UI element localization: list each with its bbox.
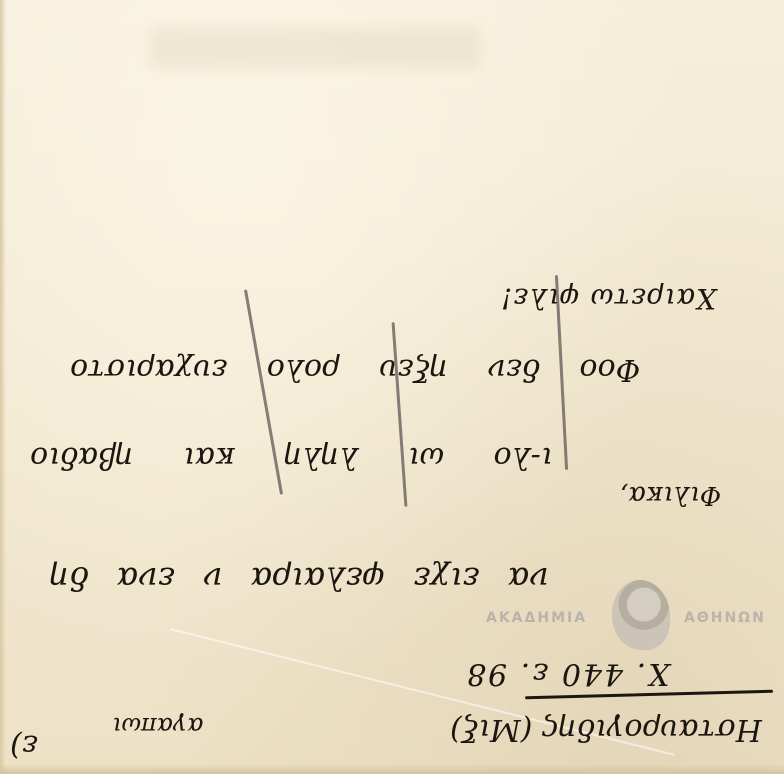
handwritten-line: Χαιρετω φιλε! [500,282,716,315]
watermark-left-text: ΑΚΑΔΗΜΙΑ [486,610,587,626]
handwritten-line: ι-λο ωι ληλη και ηβαδιο [30,440,552,475]
athena-head-icon [612,580,670,650]
paper-edge-left [0,0,6,774]
paper-edge-bottom [0,764,784,774]
bleed-through-stain [150,28,480,68]
watermark-right-text: ΑΘΗΝΩΝ [684,610,766,626]
handwritten-line: Φιλικα, [620,480,721,510]
handwritten-number: ε) [10,728,38,763]
handwritten-line: να ειχε φελαιρα ν ενα δη [50,560,549,598]
pencil-stroke [392,322,408,507]
handwritten-line: Φοο δεν ηξευ ρολο ευχαριστο [70,352,640,387]
handwritten-date: Χ. 440 ε. 98 [465,656,670,691]
handwritten-aside: αγαπωι [112,712,204,740]
manuscript-page: Χαιρετω φιλε! Φοο δεν ηξευ ρολο ευχαριστ… [0,0,784,774]
signature-underline [525,690,773,699]
handwritten-signature: Ησταυρογιδης (Μιξ) [450,712,762,747]
academy-watermark: ΑΚΑΔΗΜΙΑ ΑΘΗΝΩΝ [484,596,784,656]
